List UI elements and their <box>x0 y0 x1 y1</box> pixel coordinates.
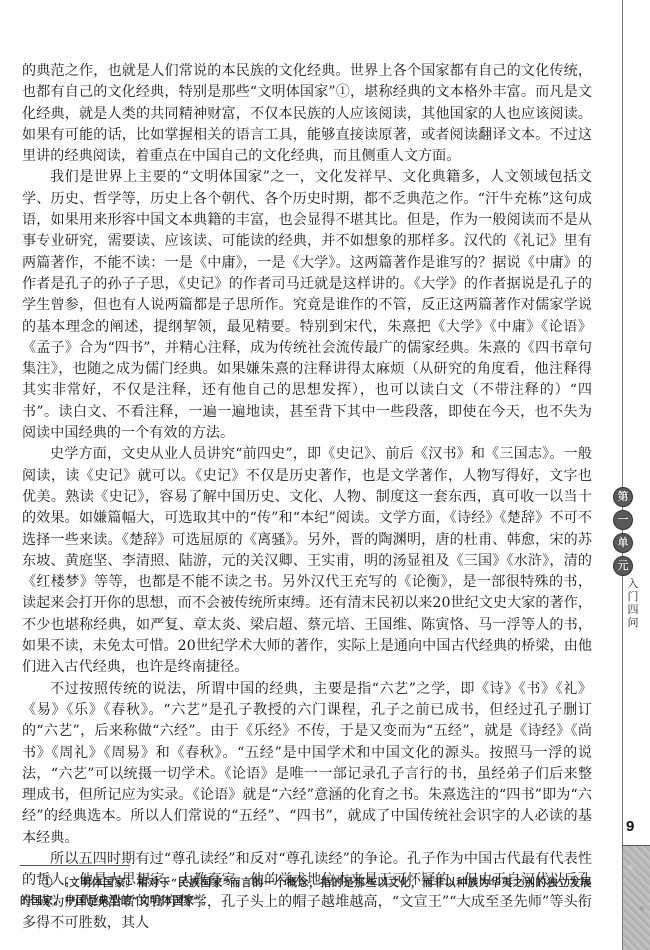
section-label-char: 入 <box>626 577 640 590</box>
footnote: ① 〔文明体国家〕相对于“民族国家”而言的一个概念，指的是那些以文化，而非以种族… <box>20 874 592 910</box>
paragraph-2: 我们是世界上主要的“文明体国家”之一，文化发祥早、文化典籍多，人文领域包括文学、… <box>22 167 592 444</box>
unit-tab-char: 元 <box>613 556 633 576</box>
paragraph-3: 史学方面，文史从业人员讲究“前四史”，即《史记》、前后《汉书》和《三国志》。一般… <box>22 444 592 678</box>
unit-tab-char: 第 <box>613 487 633 507</box>
section-label-char: 问 <box>626 616 640 629</box>
page-number: 9 <box>626 818 646 835</box>
paragraph-1: 的典范之作，也就是人们常说的本民族的文化经典。世界上各个国家都有自己的文化传统，… <box>22 61 592 167</box>
paragraph-4: 不过按照传统的说法，所谓中国的经典，主要是指“六艺”之学，即《诗》《书》《礼》《… <box>22 679 592 849</box>
footnote-divider <box>20 865 130 866</box>
unit-tab: 第 一 单 元 <box>613 487 633 579</box>
margin-divider <box>622 0 623 950</box>
unit-tab-char: 单 <box>613 533 633 553</box>
section-label-char: 门 <box>626 590 640 603</box>
footnote-text: ① 〔文明体国家〕相对于“民族国家”而言的一个概念，指的是那些以文化，而非以种族… <box>20 874 592 910</box>
page-body: 的典范之作，也就是人们常说的本民族的文化经典。世界上各个国家都有自己的文化传统，… <box>22 61 592 934</box>
section-label: 入 门 四 问 <box>626 577 640 629</box>
unit-tab-char: 一 <box>613 510 633 530</box>
thumb-index-block <box>623 846 650 950</box>
section-label-char: 四 <box>626 603 640 616</box>
